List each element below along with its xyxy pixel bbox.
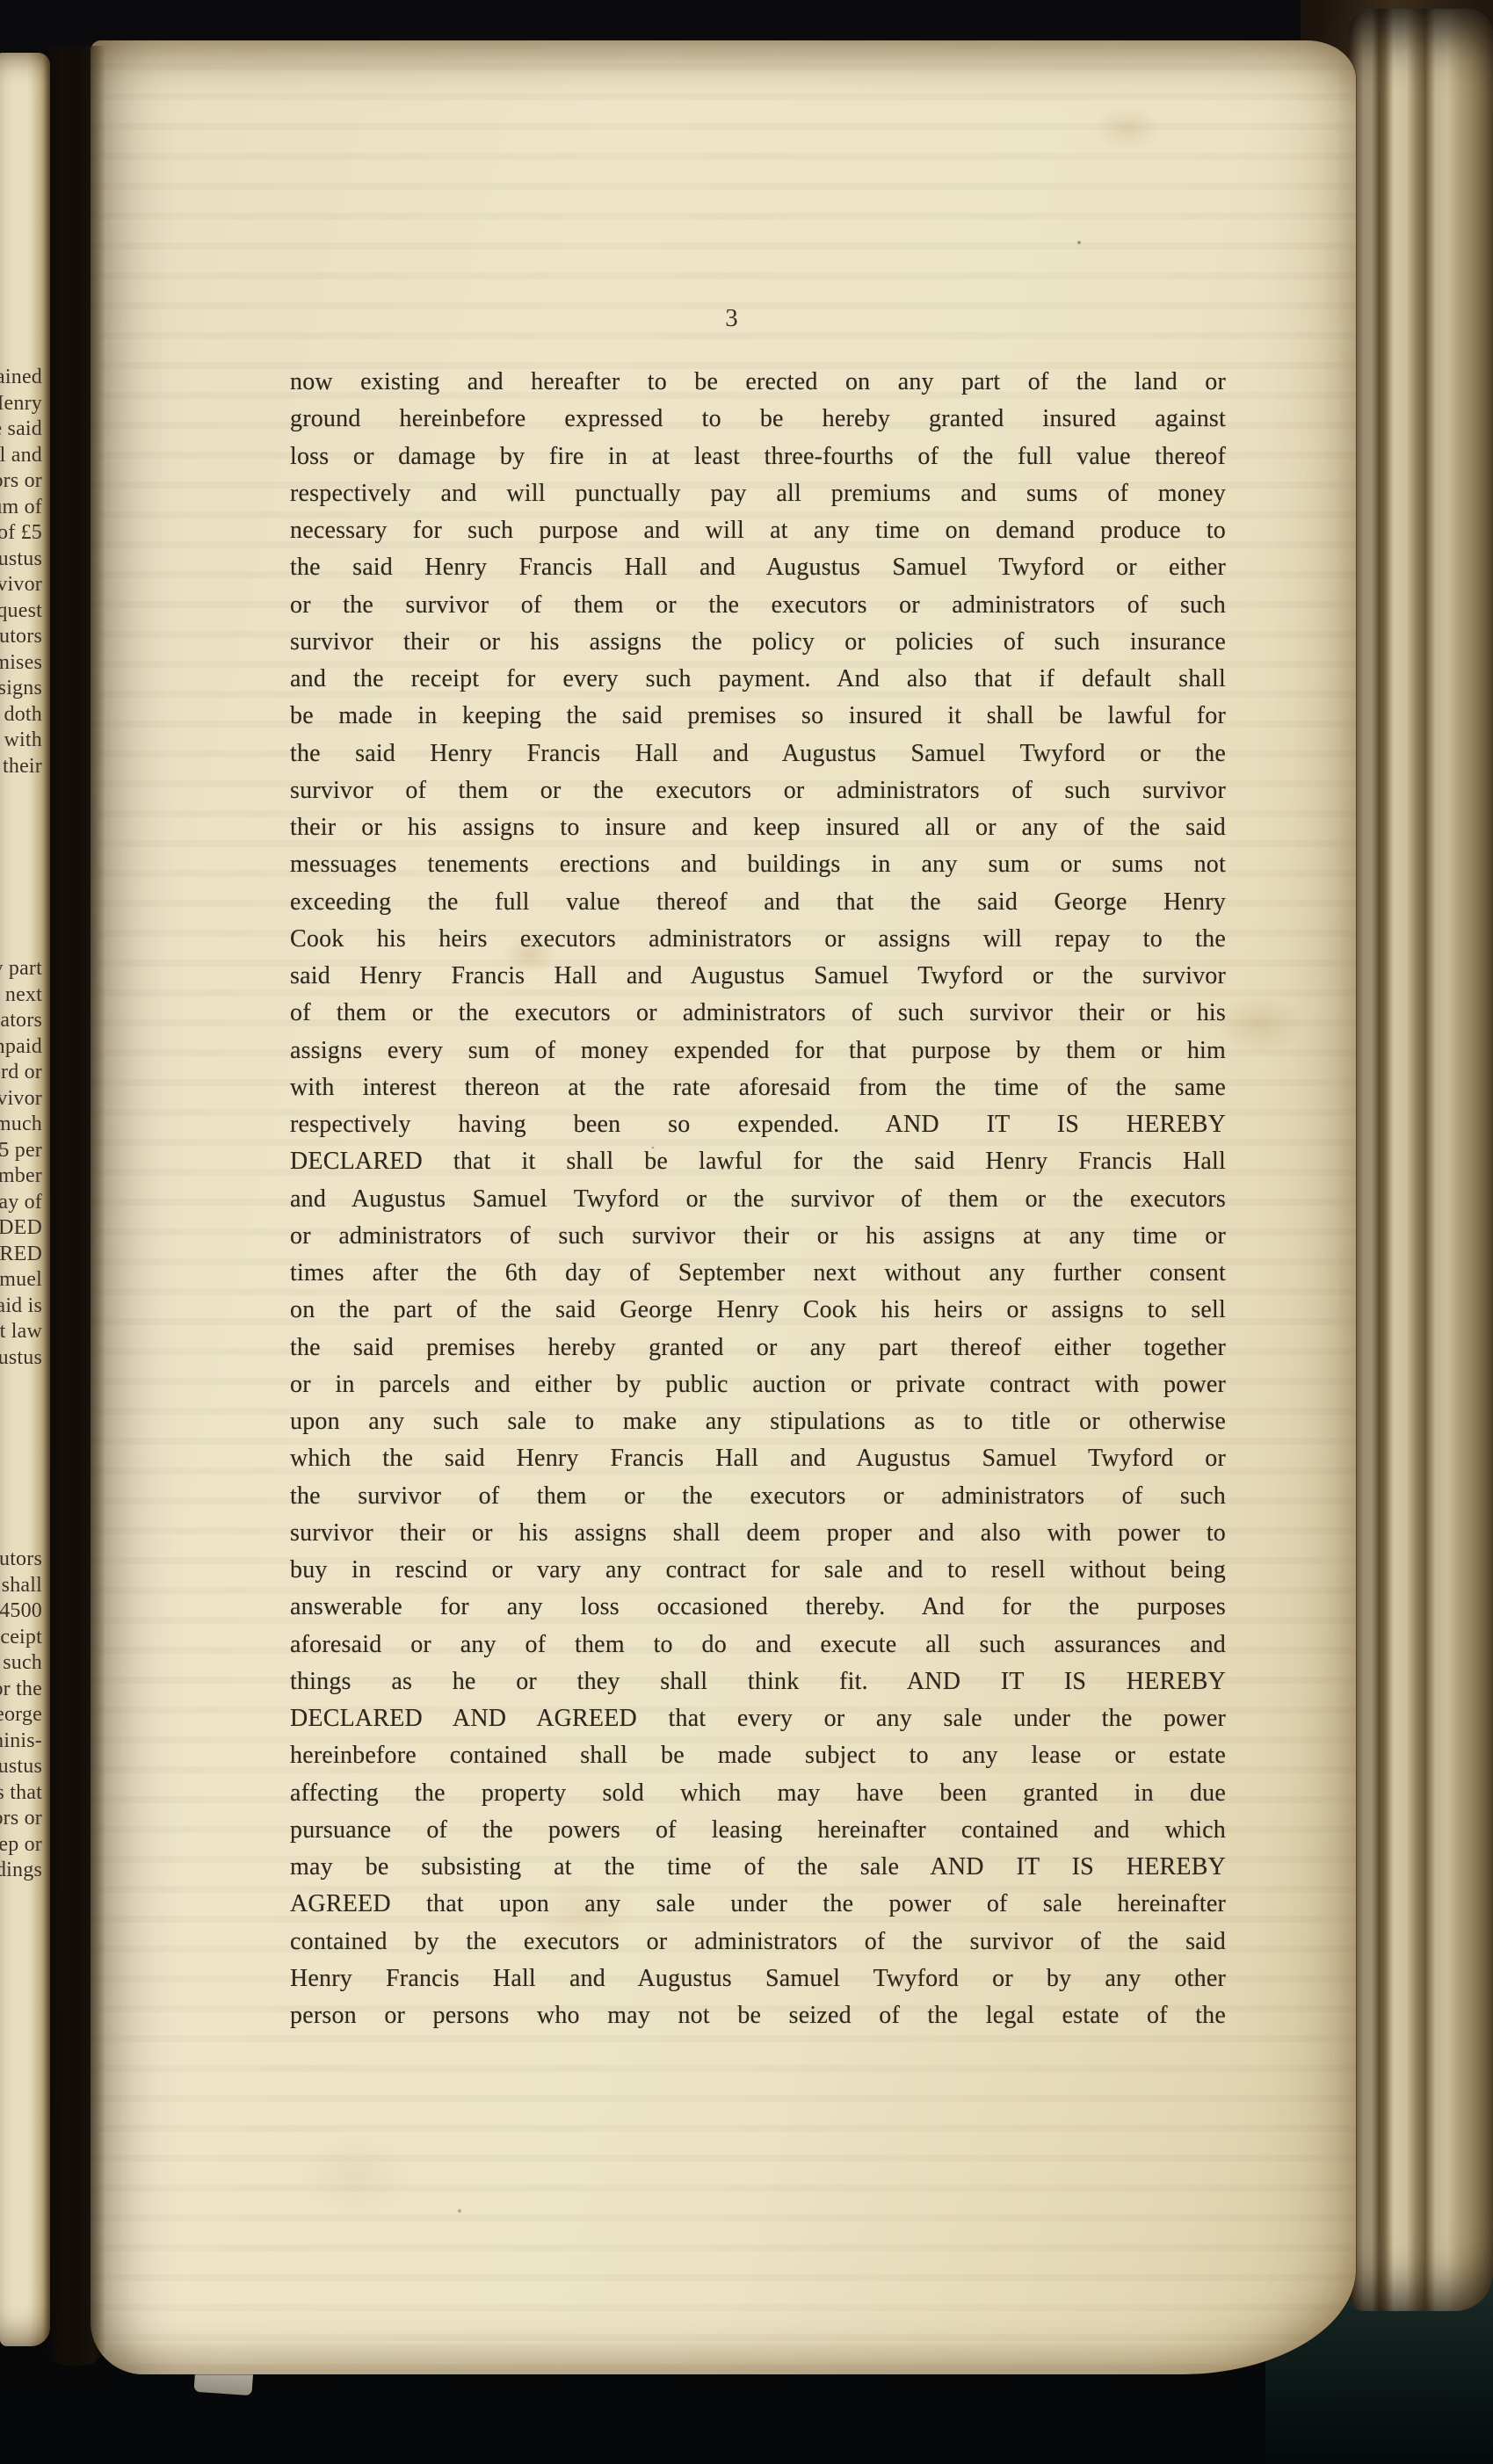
left-edge-text-group-b: y partr nexttratorsunpaidford orrvivormu… xyxy=(0,956,42,1371)
left-edge-fragment: ember xyxy=(0,1163,42,1190)
text-line: ground hereinbefore expressed to be here… xyxy=(290,401,1226,438)
left-edge-fragment: ssigns xyxy=(0,676,42,702)
left-edge-fragment: ldings xyxy=(0,1858,42,1884)
text-line: DECLARED that it shall be lawful for the… xyxy=(290,1143,1226,1180)
text-line: the said Henry Francis Hall and Augustus… xyxy=(290,549,1226,586)
left-edge-fragment: minis- xyxy=(0,1728,42,1755)
left-edge-fragment: equest xyxy=(0,598,42,625)
text-line: of them or the executors or administrato… xyxy=(290,995,1226,1032)
left-edge-text-group-a: tainedHenrye saidll andors orum ofof £5g… xyxy=(0,365,42,779)
left-edge-fragment: Samuel xyxy=(0,1267,42,1294)
text-line: survivor of them or the executors or adm… xyxy=(290,772,1226,809)
text-line: upon any such sale to make any stipulati… xyxy=(290,1403,1226,1440)
text-line: or in parcels and either by public aucti… xyxy=(290,1366,1226,1403)
left-edge-fragment: unpaid xyxy=(0,1034,42,1061)
text-line: said Henry Francis Hall and Augustus Sam… xyxy=(290,958,1226,995)
text-line: respectively and will punctually pay all… xyxy=(290,475,1226,512)
left-edge-fragment: tors or xyxy=(0,1806,42,1832)
text-line: be made in keeping the said premises so … xyxy=(290,698,1226,735)
text-line: respectively having been so expended. AN… xyxy=(290,1106,1226,1143)
left-edge-fragment: gustus xyxy=(0,1754,42,1780)
left-edge-fragment: s that xyxy=(0,1780,42,1807)
left-edge-fragment: their xyxy=(0,754,42,780)
left-edge-fragment: f such xyxy=(0,1650,42,1677)
left-edge-fragment: gustus xyxy=(0,1345,42,1372)
left-edge-fragment: at law xyxy=(0,1319,42,1345)
text-line: DECLARED AND AGREED that every or any sa… xyxy=(290,1700,1226,1737)
left-edge-fragment: lay of xyxy=(0,1190,42,1216)
left-edge-fragment: of £5 xyxy=(0,520,42,547)
deed-text: now existing and hereafter to be erected… xyxy=(290,364,1226,2034)
left-edge-fragment: rvivor xyxy=(0,572,42,598)
left-edge-fragment: tained xyxy=(0,365,42,391)
left-edge-text-group-c: cutorsshall£4500receiptf suchfor theGeor… xyxy=(0,1547,42,1884)
text-line: survivor their or his assigns shall deem… xyxy=(290,1515,1226,1552)
text-line: or administrators of such survivor their… xyxy=(290,1218,1226,1255)
left-edge-fragment: emises xyxy=(0,650,42,677)
text-line: buy in rescind or vary any contract for … xyxy=(290,1552,1226,1589)
text-line: or the survivor of them or the executors… xyxy=(290,587,1226,624)
left-edge-fragment: £5 per xyxy=(0,1138,42,1164)
left-edge-fragment: ford or xyxy=(0,1060,42,1086)
text-line: messuages tenements erections and buildi… xyxy=(290,846,1226,883)
left-edge-fragment: Henry xyxy=(0,391,42,417)
left-edge-fragment: r next xyxy=(0,982,42,1009)
left-edge-fragment: ors or xyxy=(0,468,42,495)
left-edge-fragment: trators xyxy=(0,1008,42,1034)
text-line: exceeding the full value thereof and tha… xyxy=(290,884,1226,921)
left-edge-fragment: t with xyxy=(0,728,42,754)
text-line: Cook his heirs executors administrators … xyxy=(290,921,1226,958)
fore-edge-pages xyxy=(1349,9,1493,2311)
text-line: their or his assigns to insure and keep … xyxy=(290,809,1226,846)
text-line: loss or damage by fire in at least three… xyxy=(290,438,1226,475)
text-line: person or persons who may not be seized … xyxy=(290,1997,1226,2034)
left-edge-fragment: um of xyxy=(0,495,42,521)
left-edge-fragment: rvivor xyxy=(0,1086,42,1112)
left-edge-fragment: receipt xyxy=(0,1625,42,1651)
left-page-edge: tainedHenrye saidll andors orum ofof £5g… xyxy=(0,53,50,2346)
text-line: the survivor of them or the executors or… xyxy=(290,1478,1226,1515)
text-line: the said premises hereby granted or any … xyxy=(290,1330,1226,1366)
left-edge-fragment: cutors xyxy=(0,624,42,650)
text-line: the said Henry Francis Hall and Augustus… xyxy=(290,736,1226,772)
left-edge-fragment: cutors xyxy=(0,1547,42,1573)
left-edge-fragment: said is xyxy=(0,1294,42,1320)
text-line: assigns every sum of money expended for … xyxy=(290,1033,1226,1069)
text-line: pursuance of the powers of leasing herei… xyxy=(290,1812,1226,1849)
text-line: contained by the executors or administra… xyxy=(290,1924,1226,1960)
text-line: now existing and hereafter to be erected… xyxy=(290,364,1226,401)
left-edge-fragment: George xyxy=(0,1702,42,1728)
text-line: on the part of the said George Henry Coo… xyxy=(290,1292,1226,1329)
left-edge-fragment: £4500 xyxy=(0,1598,42,1625)
gutter-shadow xyxy=(44,46,105,2366)
left-edge-fragment: gustus xyxy=(0,547,42,573)
left-edge-fragment: IDED xyxy=(0,1215,42,1242)
text-line: answerable for any loss occasioned there… xyxy=(290,1589,1226,1626)
book-scan: tainedHenrye saidll andors orum ofof £5g… xyxy=(0,0,1493,2464)
page-number: 3 xyxy=(290,304,1226,333)
text-line: aforesaid or any of them to do and execu… xyxy=(290,1627,1226,1663)
left-edge-fragment: y part xyxy=(0,956,42,982)
left-edge-fragment: e said xyxy=(0,417,42,443)
left-edge-fragment: ARED xyxy=(0,1242,42,1268)
text-line: necessary for such purpose and will at a… xyxy=(290,512,1226,549)
left-edge-fragment: shall xyxy=(0,1573,42,1599)
text-line: which the said Henry Francis Hall and Au… xyxy=(290,1440,1226,1477)
text-line: hereinbefore contained shall be made sub… xyxy=(290,1737,1226,1774)
book-page: 3 now existing and hereafter to be erect… xyxy=(91,40,1356,2374)
text-line: Henry Francis Hall and Augustus Samuel T… xyxy=(290,1960,1226,1997)
text-line: may be subsisting at the time of the sal… xyxy=(290,1849,1226,1886)
text-line: times after the 6th day of September nex… xyxy=(290,1255,1226,1292)
text-line: affecting the property sold which may ha… xyxy=(290,1775,1226,1812)
left-edge-fragment: eep or xyxy=(0,1832,42,1859)
text-line: with interest thereon at the rate afores… xyxy=(290,1069,1226,1106)
left-edge-fragment: k doth xyxy=(0,702,42,728)
text-line: survivor their or his assigns the policy… xyxy=(290,624,1226,661)
left-edge-fragment: much xyxy=(0,1112,42,1138)
left-edge-fragment: ll and xyxy=(0,443,42,469)
text-line: and Augustus Samuel Twyford or the survi… xyxy=(290,1181,1226,1218)
text-line: and the receipt for every such payment. … xyxy=(290,661,1226,698)
left-edge-fragment: for the xyxy=(0,1677,42,1703)
text-line: AGREED that upon any sale under the powe… xyxy=(290,1886,1226,1923)
text-line: things as he or they shall think fit. AN… xyxy=(290,1663,1226,1700)
